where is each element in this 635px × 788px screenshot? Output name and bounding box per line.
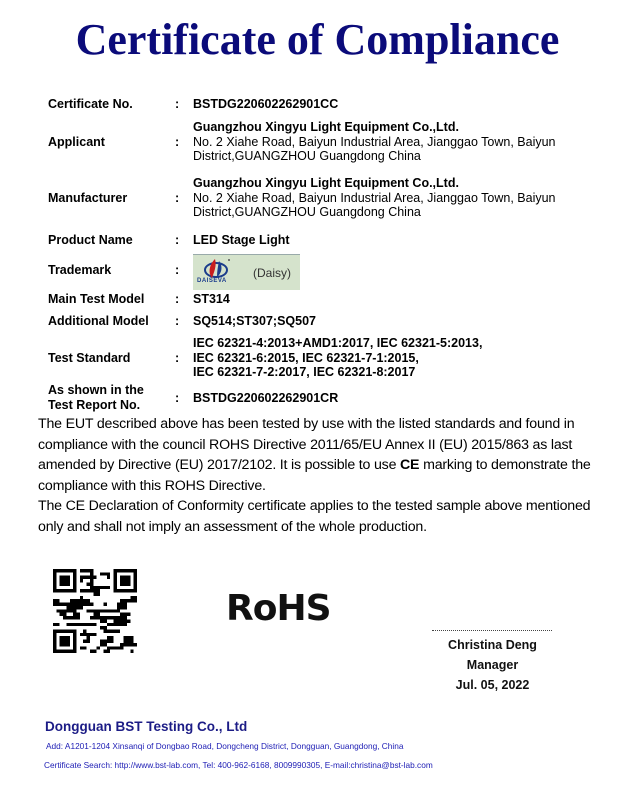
applicant-address-1: No. 2 Xiahe Road, Baiyun Industrial Area… [193,135,613,150]
colon: : [175,391,179,405]
colon: : [175,191,179,205]
qr-code-icon[interactable] [53,569,137,653]
colon: : [175,233,179,247]
certificate-search-info: Certificate Search: http://www.bst-lab.c… [44,760,433,770]
colon: : [175,263,179,277]
applicant-address-2: District,GUANGZHOU Guangdong China [193,149,613,164]
signatory-name: Christina Deng [420,638,565,652]
field-label: Product Name [48,233,133,247]
issuer-address: Add: A1201-1204 Xinsanqi of Dongbao Road… [46,741,403,751]
colon: : [175,292,179,306]
field-label: Manufacturer [48,191,127,205]
colon: : [175,314,179,328]
field-label: Additional Model [48,314,149,328]
rohs-mark: RoHS [226,588,331,629]
main-test-model-value: ST314 [193,292,613,307]
field-label: Applicant [48,135,105,149]
colon: : [175,351,179,365]
additional-model-value: SQ514;ST307;SQ507 [193,314,613,329]
test-standard-line: IEC 62321-7-2:2017, IEC 62321-8:2017 [193,365,613,380]
signatory-role: Manager [420,658,565,672]
manufacturer-company: Guangzhou Xingyu Light Equipment Co.,Ltd… [193,176,613,191]
signature-date: Jul. 05, 2022 [420,678,565,692]
compliance-statement: The EUT described above has been tested … [38,414,618,537]
certificate-title: Certificate of Compliance [0,14,635,65]
trademark-text: (Daisy) [253,266,291,280]
manufacturer-address-2: District,GUANGZHOU Guangdong China [193,205,613,220]
certificate-no-value: BSTDG220602262901CC [193,97,613,112]
field-label: Certificate No. [48,97,133,111]
applicant-company: Guangzhou Xingyu Light Equipment Co.,Ltd… [193,120,613,135]
signature-line [432,630,552,631]
issuer-company: Dongguan BST Testing Co., Ltd [45,719,247,734]
field-label: Main Test Model [48,292,144,306]
trademark-brand: DAISEVA [197,278,227,284]
ce-mark-text: CE [400,457,419,473]
manufacturer-address-1: No. 2 Xiahe Road, Baiyun Industrial Area… [193,191,613,206]
colon: : [175,97,179,111]
test-standard-line: IEC 62321-4:2013+AMD1:2017, IEC 62321-5:… [193,336,613,351]
field-label: Trademark [48,263,111,277]
colon: : [175,135,179,149]
test-standard-line: IEC 62321-6:2015, IEC 62321-7-1:2015, [193,351,613,366]
declaration-text: The CE Declaration of Conformity certifi… [38,496,618,537]
field-label: As shown in the [48,383,144,398]
trademark-image: DAISEVA (Daisy) [193,254,300,290]
field-label: Test Report No. [48,398,144,413]
test-report-value: BSTDG220602262901CR [193,391,613,406]
field-label: Test Standard [48,351,130,365]
product-name-value: LED Stage Light [193,233,613,248]
daiseva-logo-icon [199,257,233,289]
